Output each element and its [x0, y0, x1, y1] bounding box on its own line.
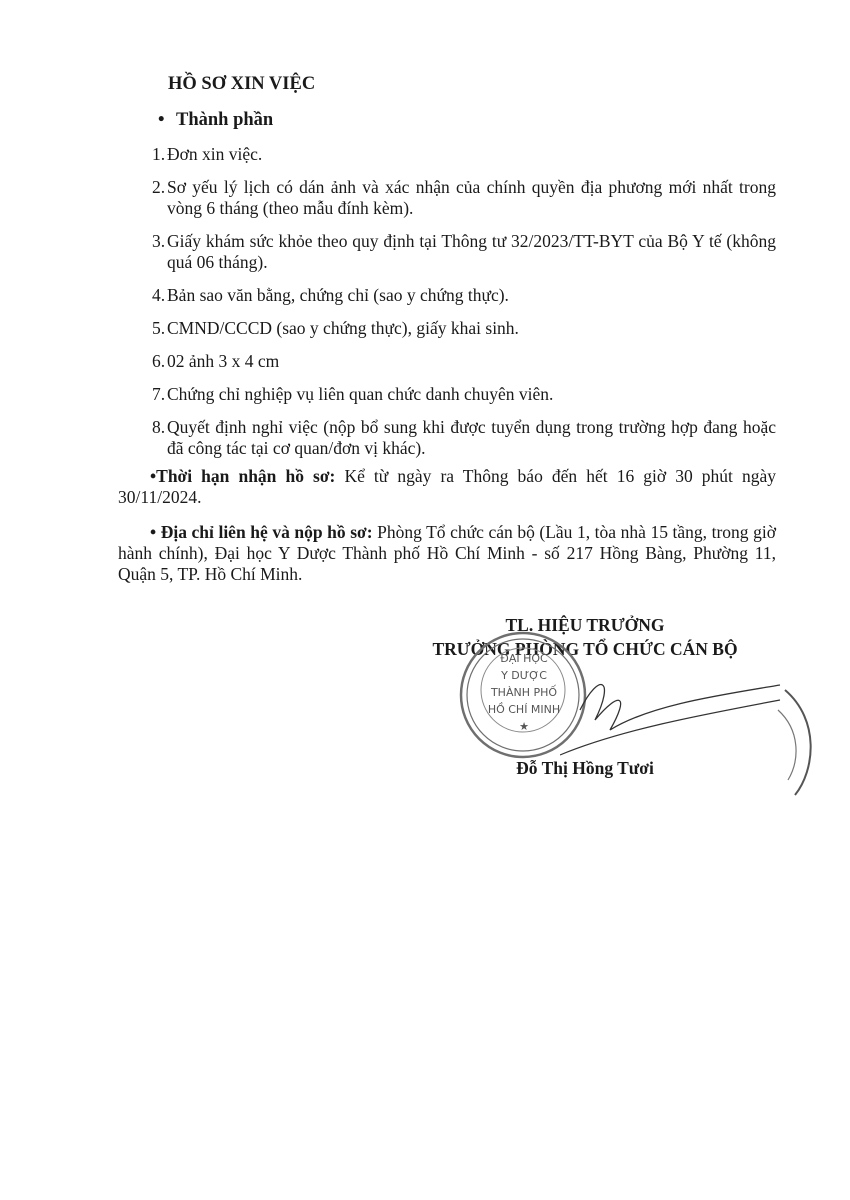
list-item-text: Bản sao văn bằng, chứng chỉ (sao y chứng… — [167, 285, 509, 305]
deadline-paragraph: •Thời hạn nhận hồ sơ: Kể từ ngày ra Thôn… — [118, 466, 776, 508]
bullet-icon: • — [158, 110, 176, 131]
list-item: 7.Chứng chỉ nghiệp vụ liên quan chức dan… — [152, 384, 776, 405]
list-item-text: 02 ảnh 3 x 4 cm — [167, 351, 279, 371]
document-page: HỒ SƠ XIN VIỆC •Thành phần 1.Đơn xin việ… — [0, 0, 850, 1200]
list-item-text: Đơn xin việc. — [167, 144, 262, 164]
list-item: 3.Giấy khám sức khỏe theo quy định tại T… — [152, 231, 776, 273]
deadline-label: Thời hạn nhận hồ sơ: — [156, 466, 335, 486]
list-item: 4.Bản sao văn bằng, chứng chỉ (sao y chứ… — [152, 285, 776, 306]
list-item-text: Quyết định nghỉ việc (nộp bổ sung khi đư… — [167, 417, 776, 458]
signer-name: Đỗ Thị Hồng Tươi — [470, 758, 700, 779]
section-heading: •Thành phần — [158, 110, 273, 131]
list-item-text: Sơ yếu lý lịch có dán ảnh và xác nhận củ… — [167, 177, 776, 218]
address-paragraph: • Địa chỉ liên hệ và nộp hồ sơ: Phòng Tổ… — [118, 522, 776, 585]
list-item-text: Chứng chỉ nghiệp vụ liên quan chức danh … — [167, 384, 553, 404]
requirements-list: 1.Đơn xin việc. 2.Sơ yếu lý lịch có dán … — [152, 144, 776, 471]
list-item: 8.Quyết định nghỉ việc (nộp bổ sung khi … — [152, 417, 776, 459]
list-item-text: CMND/CCCD (sao y chứng thực), giấy khai … — [167, 318, 519, 338]
bullet-icon: • — [150, 522, 161, 542]
section-heading-text: Thành phần — [176, 110, 273, 130]
address-label: Địa chỉ liên hệ và nộp hồ sơ: — [161, 522, 373, 542]
document-title: HỒ SƠ XIN VIỆC — [168, 74, 315, 95]
list-item: 6.02 ảnh 3 x 4 cm — [152, 351, 776, 372]
list-item: 2.Sơ yếu lý lịch có dán ảnh và xác nhận … — [152, 177, 776, 219]
list-item: 1.Đơn xin việc. — [152, 144, 776, 165]
handwritten-signature-icon — [560, 660, 820, 800]
list-item-text: Giấy khám sức khỏe theo quy định tại Thô… — [167, 231, 776, 272]
list-item: 5.CMND/CCCD (sao y chứng thực), giấy kha… — [152, 318, 776, 339]
